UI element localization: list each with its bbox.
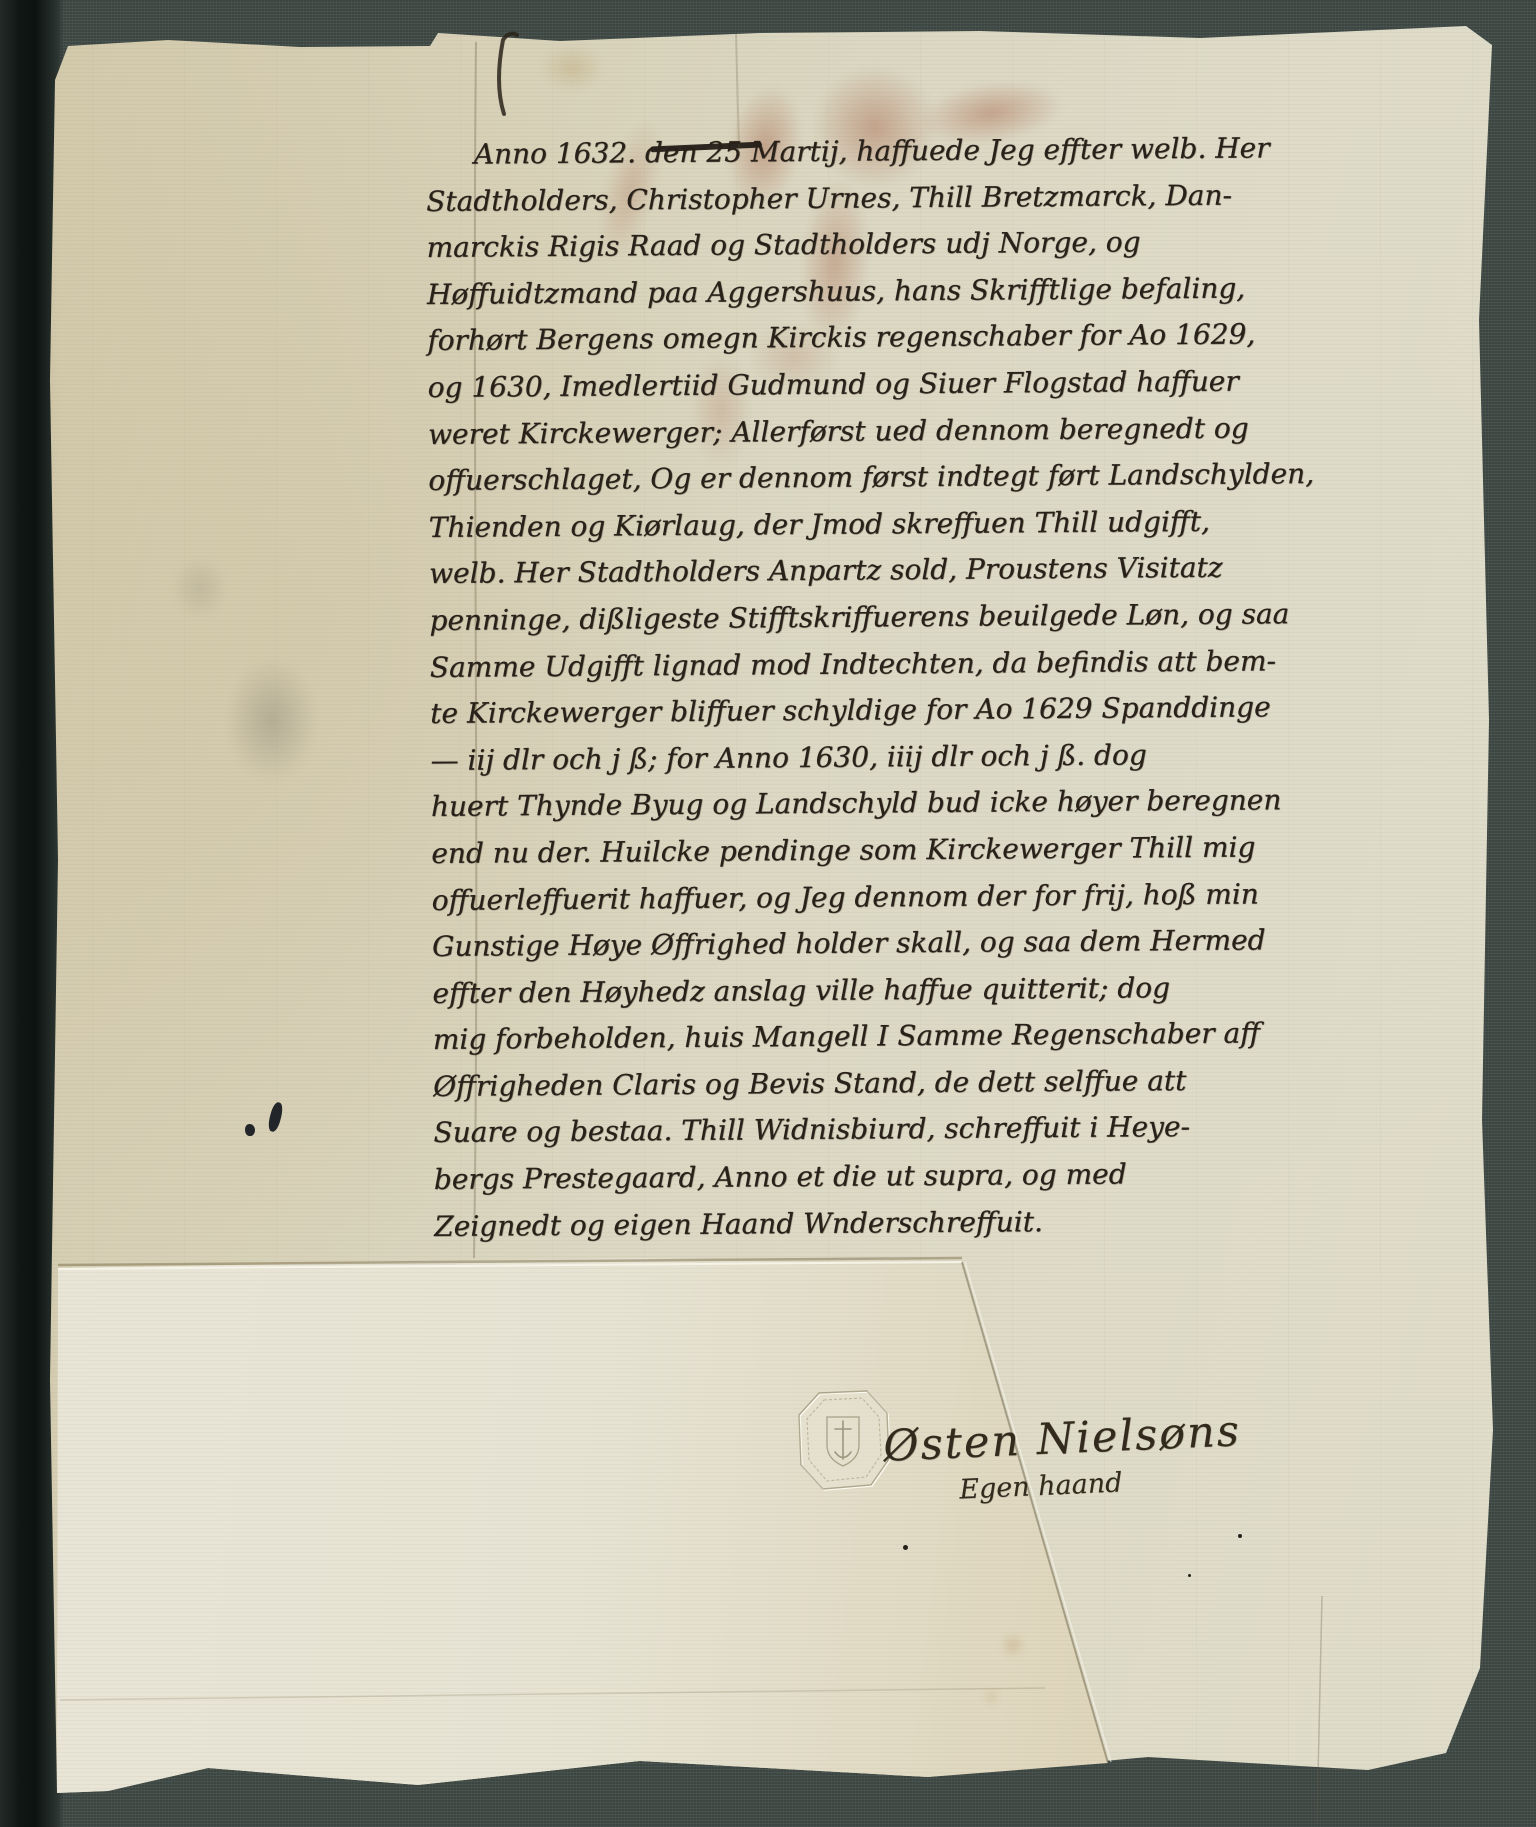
manuscript-line: Øffrigheden Claris og Bevis Stand, de de… bbox=[433, 1056, 1443, 1111]
ink-speck bbox=[1188, 1574, 1191, 1577]
manuscript-line: Thienden og Kiørlaug, der Jmod skreffuen… bbox=[429, 497, 1439, 552]
manuscript-line: te Kirckewerger bliffuer schyldige for A… bbox=[430, 683, 1440, 738]
manuscript-line: og 1630, Imedlertiid Gudmund og Siuer Fl… bbox=[427, 357, 1437, 412]
manuscript-line: forhørt Bergens omegn Kirckis regenschab… bbox=[427, 310, 1437, 365]
manuscript-line: Stadtholders, Christopher Urnes, Thill B… bbox=[426, 171, 1436, 226]
ink-blot bbox=[245, 1124, 255, 1136]
manuscript-line: — iij dlr och j ß; for Anno 1630, iiij d… bbox=[430, 730, 1440, 785]
manuscript-text: Anno 1632. den 25 Martij, haffuede Jeg e… bbox=[426, 124, 1445, 1250]
manuscript-line: weret Kirckewerger; Allerførst ued denno… bbox=[428, 404, 1438, 459]
signature-block: Østen Nielsøns Egen haand bbox=[882, 1406, 1243, 1509]
tan-stain bbox=[1000, 1632, 1026, 1658]
manuscript-line: huert Thynde Byug og Landschyld bud icke… bbox=[431, 776, 1441, 831]
manuscript-line: Suare og bestaa. Thill Widnisbiurd, schr… bbox=[433, 1102, 1443, 1157]
manuscript-line: mig forbeholden, huis Mangell I Samme Re… bbox=[433, 1009, 1443, 1064]
gray-stain bbox=[226, 658, 318, 782]
manuscript-line: Samme Udgifft lignad mod Indtechten, da … bbox=[430, 637, 1440, 692]
tan-stain bbox=[982, 1688, 1000, 1706]
scanned-manuscript-page: Anno 1632. den 25 Martij, haffuede Jeg e… bbox=[0, 0, 1536, 1827]
manuscript-line: Anno 1632. den 25 Martij, haffuede Jeg e… bbox=[426, 124, 1436, 179]
manuscript-line: offuerschlaget, Og er dennom først indte… bbox=[428, 450, 1438, 505]
tan-stain bbox=[540, 44, 604, 92]
manuscript-line: welb. Her Stadtholders Anpartz sold, Pro… bbox=[429, 543, 1439, 598]
ink-speck bbox=[903, 1545, 908, 1550]
manuscript-line: Gunstige Høye Øffrighed holder skall, og… bbox=[432, 916, 1442, 971]
gray-stain bbox=[172, 556, 228, 620]
manuscript-line: bergs Prestegaard, Anno et die ut supra,… bbox=[434, 1149, 1444, 1204]
manuscript-line: effter den Høyhedz anslag ville haffue q… bbox=[432, 963, 1442, 1018]
manuscript-line: offuerleffuerit haffuer, og Jeg dennom d… bbox=[431, 870, 1441, 925]
manuscript-line: end nu der. Huilcke pendinge som Kirckew… bbox=[431, 823, 1441, 878]
manuscript-line: penninge, dißligeste Stifftskriffuerens … bbox=[429, 590, 1439, 645]
ink-speck bbox=[1238, 1534, 1242, 1538]
manuscript-line: Høffuidtzmand paa Aggershuus, hans Skrif… bbox=[427, 264, 1437, 319]
manuscript-line: Zeignedt og eigen Haand Wnderschreffuit. bbox=[434, 1196, 1444, 1251]
manuscript-line: marckis Rigis Raad og Stadtholders udj N… bbox=[426, 217, 1436, 272]
